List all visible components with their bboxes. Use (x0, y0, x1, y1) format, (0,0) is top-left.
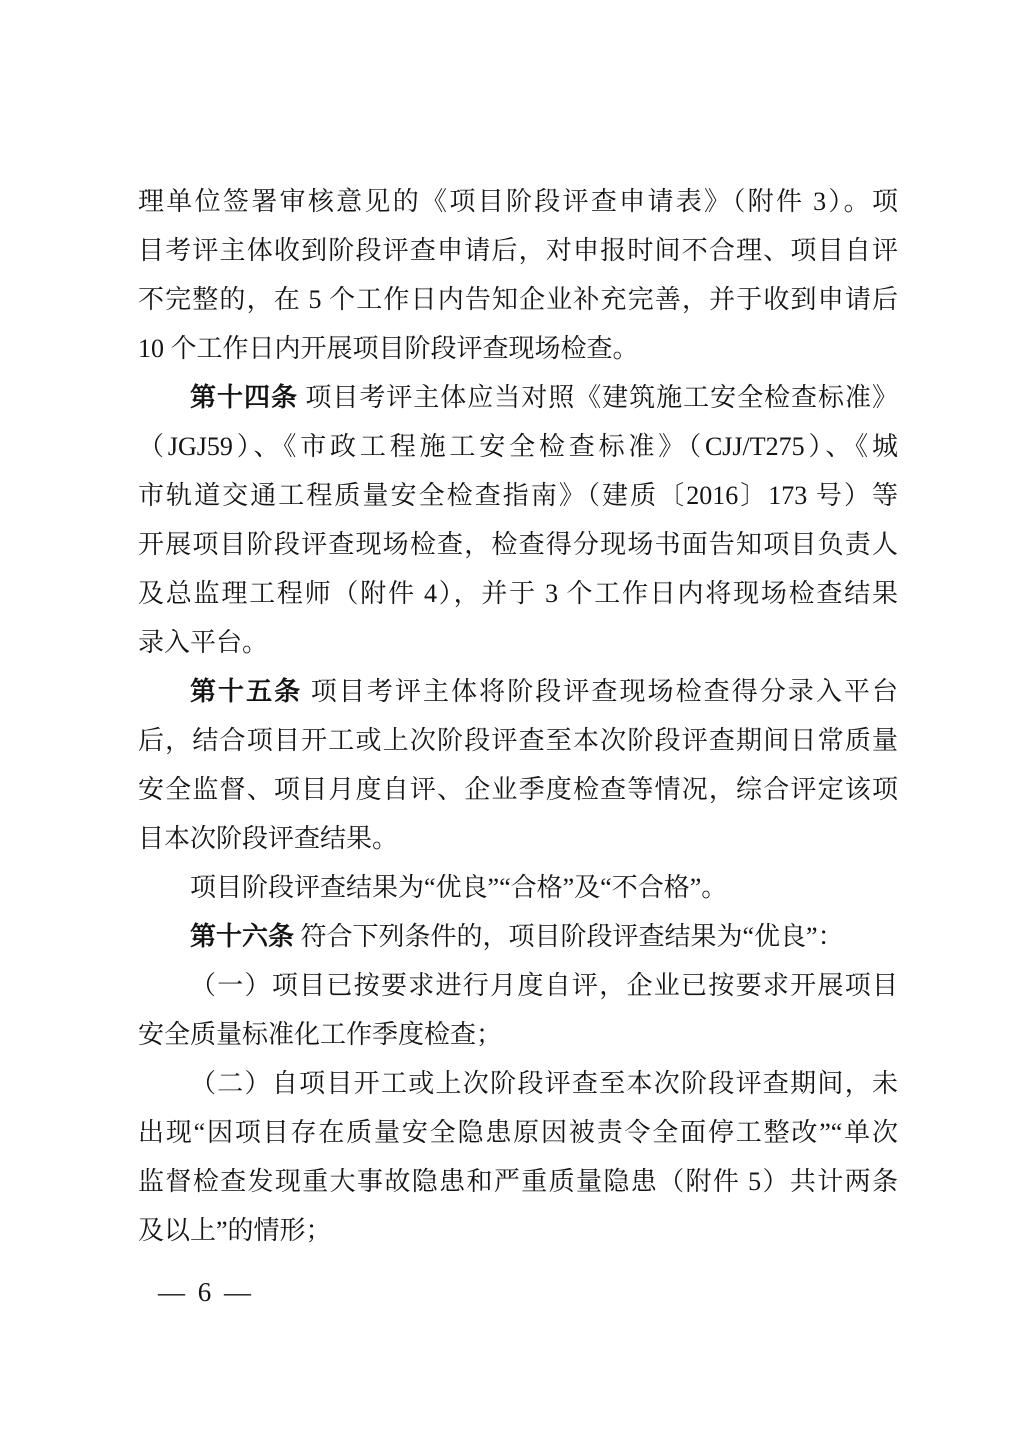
document-line: 开展项目阶段评查现场检查，检查得分现场书面告知项目负责人 (138, 520, 898, 569)
page-number: — 6 — (158, 1268, 254, 1317)
body-text: 安全监督、项目月度自评、企业季度检查等情况，综合评定该项 (138, 775, 898, 804)
document-line: 监督检查发现重大事故隐患和严重质量隐患（附件 5）共计两条 (138, 1157, 898, 1206)
body-text: 开展项目阶段评查现场检查，检查得分现场书面告知项目负责人 (138, 530, 898, 559)
document-line: 后，结合项目开工或上次阶段评查至本次阶段评查期间日常质量 (138, 716, 898, 765)
body-text: 项目考评主体将阶段评查现场检查得分录入平台 (302, 677, 898, 706)
body-text: （JGJ59）、《市政工程施工安全检查标准》（CJJ/T275）、《城 (138, 432, 898, 461)
document-page: 理单位签署审核意见的《项目阶段评查申请表》（附件 3）。项目考评主体收到阶段评查… (0, 0, 1024, 1448)
document-line: 出现“因项目存在质量安全隐患原因被责令全面停工整改”“单次 (138, 1108, 898, 1157)
document-line: 第十六条 符合下列条件的，项目阶段评查结果为“优良”： (138, 912, 898, 961)
body-text: 不完整的，在 5 个工作日内告知企业补充完善，并于收到申请后 (138, 285, 898, 314)
document-line: 第十四条 项目考评主体应当对照《建筑施工安全检查标准》 (138, 373, 898, 422)
body-text: 市轨道交通工程质量安全检查指南》（建质〔2016〕173 号）等 (138, 481, 898, 510)
document-line: 安全监督、项目月度自评、企业季度检查等情况，综合评定该项 (138, 765, 898, 814)
document-line: （一）项目已按要求进行月度自评，企业已按要求开展项目 (138, 961, 898, 1010)
body-text: 10 个工作日内开展项目阶段评查现场检查。 (138, 334, 639, 363)
body-text: 目本次阶段评查结果。 (138, 824, 398, 853)
article-heading: 第十五条 (190, 677, 302, 706)
body-text: 出现“因项目存在质量安全隐患原因被责令全面停工整改”“单次 (138, 1118, 898, 1147)
body-text: 目考评主体收到阶段评查申请后，对申报时间不合理、项目自评 (138, 236, 898, 265)
body-text: 及总监理工程师（附件 4），并于 3 个工作日内将现场检查结果 (138, 579, 898, 608)
document-line: 项目阶段评查结果为“优良”“合格”及“不合格”。 (138, 863, 898, 912)
document-line: 安全质量标准化工作季度检查； (138, 1010, 898, 1059)
document-line: （JGJ59）、《市政工程施工安全检查标准》（CJJ/T275）、《城 (138, 422, 898, 471)
article-heading: 第十六条 (190, 922, 294, 951)
document-line: 市轨道交通工程质量安全检查指南》（建质〔2016〕173 号）等 (138, 471, 898, 520)
body-text: 及以上”的情形； (138, 1216, 332, 1245)
document-line: 理单位签署审核意见的《项目阶段评查申请表》（附件 3）。项 (138, 177, 898, 226)
body-text: 后，结合项目开工或上次阶段评查至本次阶段评查期间日常质量 (138, 726, 898, 755)
document-line: 目考评主体收到阶段评查申请后，对申报时间不合理、项目自评 (138, 226, 898, 275)
document-line: 第十五条 项目考评主体将阶段评查现场检查得分录入平台 (138, 667, 898, 716)
document-line: 10 个工作日内开展项目阶段评查现场检查。 (138, 324, 898, 373)
body-text: （一）项目已按要求进行月度自评，企业已按要求开展项目 (190, 971, 898, 1000)
document-line: 目本次阶段评查结果。 (138, 814, 898, 863)
document-line: 及总监理工程师（附件 4），并于 3 个工作日内将现场检查结果 (138, 569, 898, 618)
body-text: 理单位签署审核意见的《项目阶段评查申请表》（附件 3）。项 (138, 187, 898, 216)
body-text: （二）自项目开工或上次阶段评查至本次阶段评查期间，未 (190, 1069, 898, 1098)
body-text: 项目考评主体应当对照《建筑施工安全检查标准》 (298, 383, 898, 412)
body-text: 录入平台。 (138, 628, 268, 657)
document-line: （二）自项目开工或上次阶段评查至本次阶段评查期间，未 (138, 1059, 898, 1108)
document-line: 录入平台。 (138, 618, 898, 667)
body-text: 符合下列条件的，项目阶段评查结果为“优良”： (294, 922, 844, 951)
article-heading: 第十四条 (190, 383, 298, 412)
body-text: 监督检查发现重大事故隐患和严重质量隐患（附件 5）共计两条 (138, 1167, 898, 1196)
document-body: 理单位签署审核意见的《项目阶段评查申请表》（附件 3）。项目考评主体收到阶段评查… (138, 177, 898, 1255)
body-text: 项目阶段评查结果为“优良”“合格”及“不合格”。 (190, 873, 727, 902)
document-line: 及以上”的情形； (138, 1206, 898, 1255)
document-line: 不完整的，在 5 个工作日内告知企业补充完善，并于收到申请后 (138, 275, 898, 324)
body-text: 安全质量标准化工作季度检查； (138, 1020, 502, 1049)
